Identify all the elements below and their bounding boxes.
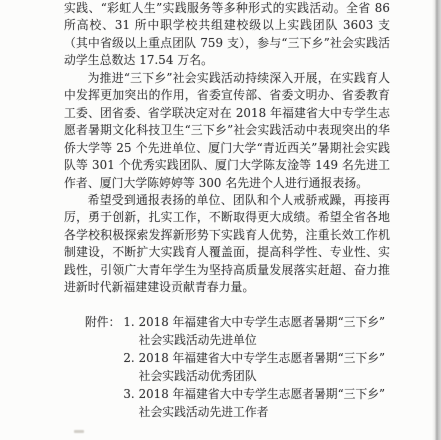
paragraph-activity-summary: 实践、“彩虹人生”实践服务等多种形式的实践活动。全省 86 所高校、31 所中职… (64, 0, 390, 70)
attachment-3-title-line2: 社会实践活动先进工作者 (139, 403, 385, 421)
scan-smudge (74, 430, 84, 433)
attachment-3-number: 3. (123, 385, 134, 421)
scanned-document-page: 实践、“彩虹人生”实践服务等多种形式的实践活动。全省 86 所高校、31 所中职… (0, 0, 441, 440)
attachment-1-title-line2: 社会实践活动先进单位 (139, 331, 385, 349)
paragraph-commendation-decision: 为推进“三下乡”社会实践活动持续深入开展，在实践育人中发挥更加突出的作用，省委宣… (64, 70, 390, 192)
attachment-1-number: 1. (123, 313, 134, 349)
attachment-1-title-line1: 2018 年福建省大中专学生志愿者暑期“三下乡” (139, 313, 385, 331)
document-body: 实践、“彩虹人生”实践服务等多种形式的实践活动。全省 86 所高校、31 所中职… (64, 0, 390, 297)
page-edge-shadow (432, 0, 441, 440)
attachment-2-number: 2. (123, 349, 134, 385)
attachment-2-title-line1: 2018 年福建省大中专学生志愿者暑期“三下乡” (139, 349, 385, 367)
attachment-3-title-line1: 2018 年福建省大中专学生志愿者暑期“三下乡” (139, 385, 385, 403)
attachment-item-3: 3. 2018 年福建省大中专学生志愿者暑期“三下乡” 社会实践活动先进工作者 (123, 385, 385, 421)
attachment-item-2: 2. 2018 年福建省大中专学生志愿者暑期“三下乡” 社会实践活动优秀团队 (123, 349, 385, 385)
attachments-label: 附件： (85, 313, 120, 331)
attachments-list: 1. 2018 年福建省大中专学生志愿者暑期“三下乡” 社会实践活动先进单位 2… (123, 313, 385, 421)
paragraph-expectations: 希望受到通报表扬的单位、团队和个人戒骄戒躁，再接再厉，勇于创新，扎实工作，不断取… (64, 192, 390, 297)
attachments-block: 附件： 1. 2018 年福建省大中专学生志愿者暑期“三下乡” 社会实践活动先进… (85, 313, 385, 421)
attachment-item-1: 1. 2018 年福建省大中专学生志愿者暑期“三下乡” 社会实践活动先进单位 (123, 313, 385, 349)
attachment-2-title-line2: 社会实践活动优秀团队 (139, 367, 385, 385)
